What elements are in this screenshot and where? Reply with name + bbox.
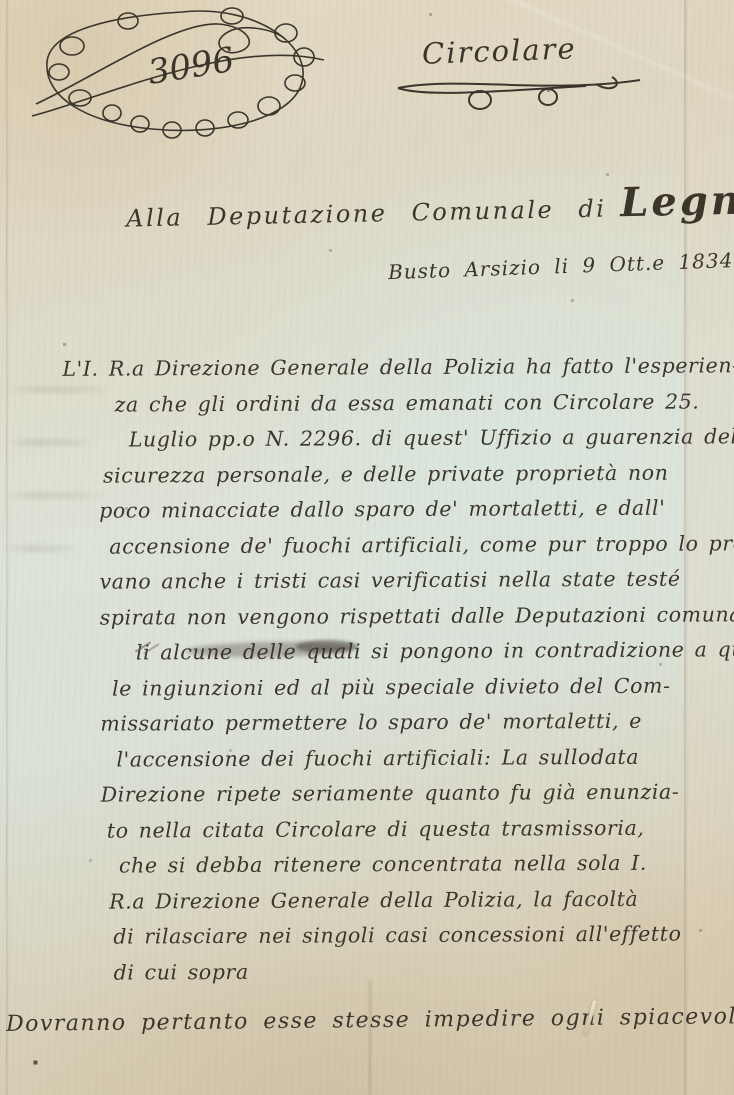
bottom-center-crease bbox=[369, 980, 371, 1095]
document-title: Circolare bbox=[421, 31, 577, 70]
body-line: poco minacciate dallo sparo de' mortalet… bbox=[99, 490, 727, 529]
body-line: di rilasciare nei singoli casi concessio… bbox=[113, 916, 729, 955]
addressee-prefix: Alla Deputazione Comunale di bbox=[126, 195, 607, 233]
body-line: accensione de' fuochi artificiali, come … bbox=[109, 526, 727, 565]
body-line: di cui sopra bbox=[113, 952, 729, 991]
body-line: l'accensione dei fuochi artificiali: La … bbox=[116, 739, 728, 778]
place-dateline: Busto Arsizio li 9 Ott.e 1834. bbox=[388, 248, 734, 284]
body-line: Direzione ripete seriamente quanto fu gi… bbox=[101, 774, 729, 813]
registry-flourish-doodle: 3096 bbox=[32, 2, 334, 140]
letter-page: 3096 Circolare Alla Deputazione Comunale… bbox=[0, 0, 734, 1095]
body-line: vano anche i tristi casi verificatisi ne… bbox=[99, 561, 727, 600]
registry-number: 3096 bbox=[145, 40, 237, 93]
body-line: Luglio pp.o N. 2296. di quest' Uffizio a… bbox=[129, 419, 727, 458]
body-line: za che gli ordini da essa emanati con Ci… bbox=[115, 384, 727, 423]
title-underline-flourish bbox=[396, 72, 646, 112]
address-line: Alla Deputazione Comunale diLegnano. bbox=[126, 174, 734, 236]
body-line: spirata non vengono rispettati dalle Dep… bbox=[100, 597, 728, 636]
body-line: to nella citata Circolare di questa tras… bbox=[107, 810, 729, 849]
body-line: le ingiunzioni ed al più speciale diviet… bbox=[112, 668, 728, 707]
body-line: missariato permettere lo sparo de' morta… bbox=[100, 703, 728, 742]
letter-body: L'I. R.a Direzione Generale della Polizi… bbox=[98, 348, 729, 990]
closing-line: Dovranno pertanto esse stesse impedire o… bbox=[6, 1004, 734, 1037]
body-line: che si debba ritenere concentrata nella … bbox=[119, 845, 729, 884]
body-line: R.a Direzione Generale della Polizia, la… bbox=[109, 881, 729, 920]
body-line: L'I. R.a Direzione Generale della Polizi… bbox=[62, 348, 726, 387]
paper-specks bbox=[0, 0, 1, 1]
bleed-through-text bbox=[4, 386, 114, 598]
ink-blot bbox=[296, 640, 358, 653]
body-line: sicurezza personale, e delle private pro… bbox=[103, 455, 727, 494]
addressee-place: Legnano. bbox=[620, 174, 734, 226]
